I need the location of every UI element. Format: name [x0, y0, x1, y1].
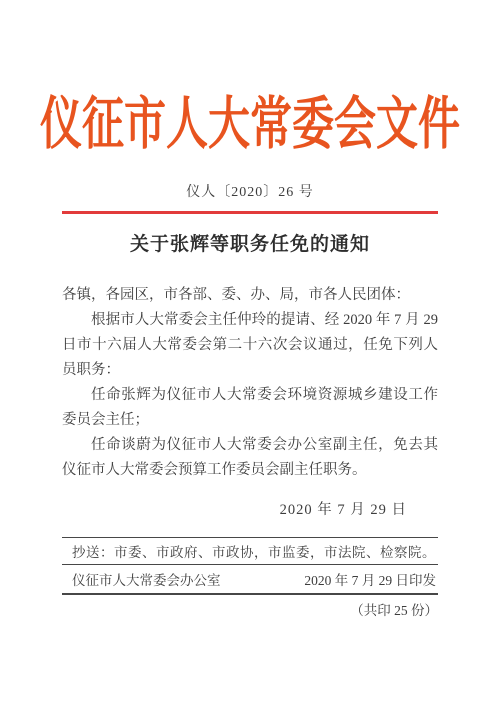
red-divider-line	[62, 211, 438, 214]
document-title: 关于张辉等职务任免的通知	[0, 229, 500, 256]
document-body: 各镇，各园区，市各部、委、办、局，市各人民团体： 根据市人大常委会主任仲玲的提请…	[62, 283, 438, 483]
body-paragraph-2: 任命张辉为仪征市人大常委会环境资源城乡建设工作委员会主任；	[62, 383, 438, 433]
document-number: 仪人〔2020〕26 号	[0, 181, 500, 201]
agency-header-title: 仪征市人大常委会文件	[0, 97, 500, 154]
copies-count: （共印 25 份）	[62, 595, 438, 619]
cc-recipients-line: 抄送：市委、市政府、市政协，市监委，市法院、检察院。	[62, 537, 438, 565]
body-paragraph-3: 任命谈蔚为仪征市人大常委会办公室副主任，免去其仪征市人大常委会预算工作委员会副主…	[62, 433, 438, 483]
issuer-row: 仪征市人大常委会办公室 2020 年 7 月 29 日印发	[62, 565, 438, 595]
salutation-line: 各镇，各园区，市各部、委、办、局，市各人民团体：	[62, 283, 438, 308]
document-footer: 抄送：市委、市政府、市政协，市监委，市法院、检察院。 仪征市人大常委会办公室 2…	[62, 537, 438, 619]
print-date: 2020 年 7 月 29 日印发	[304, 569, 436, 589]
body-paragraph-1: 根据市人大常委会主任仲玲的提请、经 2020 年 7 月 29 日市十六届人大常…	[62, 308, 438, 383]
issuing-office: 仪征市人大常委会办公室	[72, 569, 221, 589]
document-date: 2020 年 7 月 29 日	[62, 498, 407, 519]
document-page: 仪征市人大常委会文件 仪人〔2020〕26 号 关于张辉等职务任免的通知 各镇，…	[0, 0, 500, 707]
